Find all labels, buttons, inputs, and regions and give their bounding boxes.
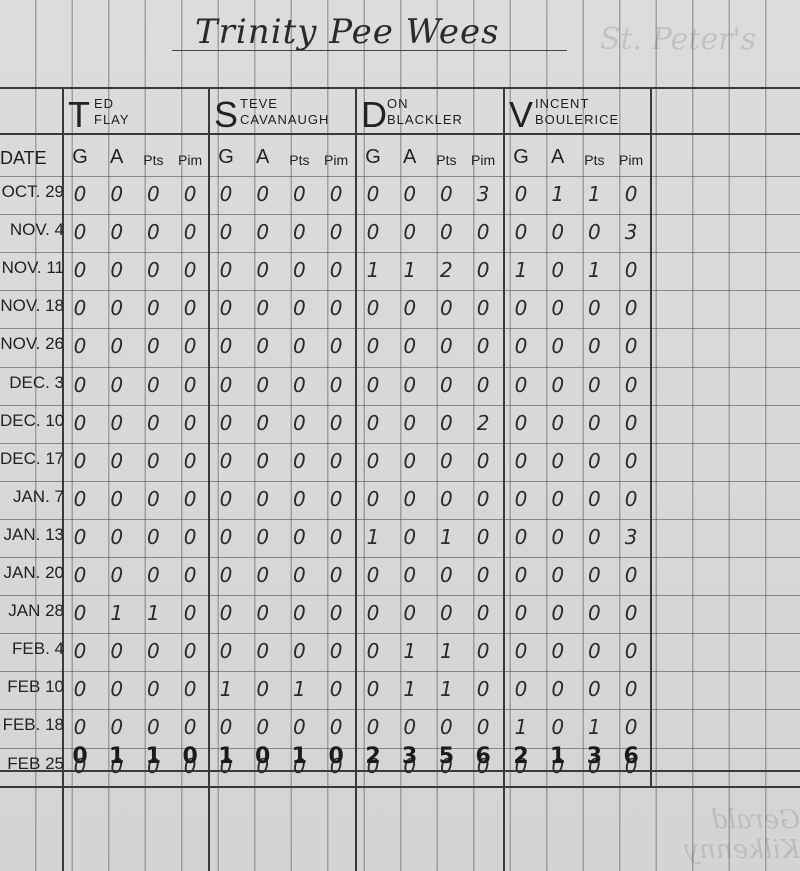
stat-cell: 0 <box>392 563 428 587</box>
stat-cell: 0 <box>62 639 98 663</box>
stat-cell: 0 <box>540 296 576 320</box>
stat-header: Pts <box>281 152 317 168</box>
stat-cell: 0 <box>613 487 649 511</box>
stat-cell: 1 <box>281 677 317 701</box>
column-divider <box>650 88 652 788</box>
game-date: NOV. 4 <box>0 220 64 240</box>
stat-cell: 0 <box>208 334 244 358</box>
stat-cell: 0 <box>172 525 208 549</box>
stat-cell: 0 <box>99 639 135 663</box>
player-first-name: INCENT <box>535 96 589 111</box>
stat-cell: 0 <box>318 677 354 701</box>
stat-cell: 0 <box>355 296 391 320</box>
rule-line <box>0 443 800 444</box>
stat-cell: 0 <box>281 296 317 320</box>
stat-cell: 1 <box>392 677 428 701</box>
rule-line <box>0 328 800 329</box>
stat-cell: 0 <box>613 563 649 587</box>
stat-cell: 0 <box>355 677 391 701</box>
stat-cell: 0 <box>245 487 281 511</box>
stat-cell: 0 <box>465 220 501 244</box>
stat-cell: 0 <box>465 715 501 739</box>
game-date: FEB. 18 <box>0 715 64 735</box>
stat-cell: 0 <box>172 334 208 358</box>
stat-cell: 0 <box>281 258 317 282</box>
stat-cell: 0 <box>208 449 244 473</box>
stat-cell: 0 <box>281 601 317 625</box>
stat-header: Pim <box>613 152 649 168</box>
stat-cell: 0 <box>465 449 501 473</box>
stat-cell: 0 <box>172 182 208 206</box>
stat-cell: 0 <box>503 334 539 358</box>
total-cell: 3 <box>576 744 612 769</box>
stat-cell: 0 <box>355 449 391 473</box>
stat-cell: 0 <box>99 296 135 320</box>
date-header: DATE <box>0 148 47 169</box>
stat-cell: 0 <box>208 373 244 397</box>
total-cell: 1 <box>540 744 576 769</box>
player-last-name: BLACKLER <box>387 112 463 127</box>
stat-cell: 0 <box>99 182 135 206</box>
stat-cell: 0 <box>99 373 135 397</box>
stat-cell: 0 <box>245 258 281 282</box>
stat-cell: 0 <box>613 258 649 282</box>
stat-cell: 0 <box>613 715 649 739</box>
stat-cell: 1 <box>355 258 391 282</box>
game-date: DEC. 3 <box>0 373 64 393</box>
stat-cell: 2 <box>428 258 464 282</box>
total-cell: 0 <box>245 744 281 769</box>
stat-cell: 0 <box>503 411 539 435</box>
stat-cell: 0 <box>428 182 464 206</box>
stat-header: G <box>503 146 539 169</box>
stat-cell: 0 <box>135 373 171 397</box>
stat-cell: 1 <box>355 525 391 549</box>
stat-cell: 0 <box>208 220 244 244</box>
stat-cell: 0 <box>99 487 135 511</box>
game-date: DEC. 10 <box>0 411 64 431</box>
stat-cell: 0 <box>99 220 135 244</box>
stat-cell: 0 <box>135 411 171 435</box>
rule-line <box>0 481 800 482</box>
rule-line <box>0 252 800 253</box>
rule-line <box>0 557 800 558</box>
stat-header: G <box>62 146 98 169</box>
stat-cell: 0 <box>465 373 501 397</box>
stat-cell: 0 <box>172 296 208 320</box>
stat-cell: 0 <box>576 449 612 473</box>
stat-cell: 0 <box>576 296 612 320</box>
stat-cell: 0 <box>503 296 539 320</box>
stat-cell: 0 <box>576 411 612 435</box>
stat-cell: 0 <box>355 334 391 358</box>
stat-cell: 0 <box>245 373 281 397</box>
stat-cell: 0 <box>99 411 135 435</box>
rule-line <box>0 214 800 215</box>
stat-cell: 3 <box>613 220 649 244</box>
stat-cell: 0 <box>465 639 501 663</box>
stat-cell: 0 <box>355 715 391 739</box>
stat-cell: 0 <box>540 373 576 397</box>
stat-cell: 0 <box>428 411 464 435</box>
game-date: JAN. 7 <box>0 487 64 507</box>
rule-line <box>0 671 800 672</box>
stat-cell: 0 <box>540 334 576 358</box>
stat-cell: 1 <box>540 182 576 206</box>
stat-cell: 0 <box>172 639 208 663</box>
stat-cell: 1 <box>576 715 612 739</box>
stat-cell: 1 <box>135 601 171 625</box>
stat-cell: 0 <box>355 220 391 244</box>
stat-cell: 0 <box>318 639 354 663</box>
stat-cell: 3 <box>465 182 501 206</box>
game-date: NOV. 11 <box>0 258 64 278</box>
game-date: JAN 28 <box>0 601 64 621</box>
stat-cell: 0 <box>172 411 208 435</box>
stat-cell: 0 <box>503 373 539 397</box>
stat-cell: 0 <box>281 487 317 511</box>
stat-cell: 0 <box>172 601 208 625</box>
stat-cell: 0 <box>245 449 281 473</box>
total-cell: 1 <box>99 744 135 769</box>
stat-cell: 0 <box>135 296 171 320</box>
stat-cell: 0 <box>540 639 576 663</box>
stat-cell: 0 <box>318 411 354 435</box>
stat-cell: 0 <box>503 182 539 206</box>
stat-cell: 0 <box>318 220 354 244</box>
stat-header: Pim <box>465 152 501 168</box>
game-date: FEB. 4 <box>0 639 64 659</box>
total-cell: 1 <box>135 744 171 769</box>
stat-cell: 0 <box>318 182 354 206</box>
stat-cell: 1 <box>428 677 464 701</box>
stat-cell: 0 <box>576 373 612 397</box>
total-cell: 0 <box>62 744 98 769</box>
stat-cell: 0 <box>540 258 576 282</box>
stat-cell: 0 <box>392 220 428 244</box>
stat-cell: 0 <box>318 563 354 587</box>
stat-cell: 0 <box>576 639 612 663</box>
stat-cell: 0 <box>540 601 576 625</box>
stat-cell: 0 <box>62 296 98 320</box>
stat-cell: 0 <box>99 525 135 549</box>
stat-cell: 0 <box>172 563 208 587</box>
rule-line <box>0 290 800 291</box>
stat-cell: 0 <box>208 296 244 320</box>
stat-cell: 0 <box>318 525 354 549</box>
stat-cell: 0 <box>428 715 464 739</box>
stat-cell: 1 <box>576 258 612 282</box>
stat-cell: 0 <box>62 258 98 282</box>
game-date: FEB 25 <box>0 754 64 774</box>
player-first-name: ON <box>387 96 409 111</box>
stat-header: A <box>245 146 281 169</box>
stat-cell: 0 <box>245 525 281 549</box>
stat-cell: 0 <box>62 411 98 435</box>
stat-cell: 0 <box>318 373 354 397</box>
rule-line <box>0 709 800 710</box>
stat-cell: 0 <box>135 449 171 473</box>
stat-cell: 0 <box>576 677 612 701</box>
stat-header: Pim <box>172 152 208 168</box>
stat-cell: 0 <box>172 258 208 282</box>
stat-cell: 0 <box>99 334 135 358</box>
stat-cell: 0 <box>576 601 612 625</box>
stat-cell: 0 <box>540 563 576 587</box>
stat-cell: 0 <box>355 563 391 587</box>
stat-cell: 1 <box>99 601 135 625</box>
stat-cell: 0 <box>62 563 98 587</box>
stat-cell: 0 <box>208 715 244 739</box>
stat-header: A <box>392 146 428 169</box>
stat-cell: 0 <box>172 487 208 511</box>
stat-cell: 0 <box>172 220 208 244</box>
player-initial: V <box>509 94 533 136</box>
game-date: NOV. 26 <box>0 334 64 354</box>
stat-cell: 0 <box>281 639 317 663</box>
stat-cell: 0 <box>208 563 244 587</box>
stat-cell: 0 <box>318 334 354 358</box>
stat-cell: 0 <box>613 373 649 397</box>
stat-cell: 0 <box>99 677 135 701</box>
stat-cell: 0 <box>208 487 244 511</box>
stat-cell: 0 <box>281 715 317 739</box>
stat-cell: 0 <box>540 449 576 473</box>
stat-cell: 0 <box>245 411 281 435</box>
rule-line <box>0 519 800 520</box>
game-date: FEB 10 <box>0 677 64 697</box>
stat-cell: 0 <box>355 601 391 625</box>
game-date: DEC. 17 <box>0 449 64 469</box>
stat-cell: 0 <box>172 677 208 701</box>
stat-cell: 0 <box>355 373 391 397</box>
stat-cell: 0 <box>503 563 539 587</box>
stat-cell: 0 <box>318 449 354 473</box>
game-date: NOV. 18 <box>0 296 64 316</box>
stat-cell: 1 <box>392 258 428 282</box>
player-initial: D <box>361 94 387 136</box>
rule-line <box>0 786 800 788</box>
stat-header: Pim <box>318 152 354 168</box>
total-cell: 3 <box>392 744 428 769</box>
stat-cell: 0 <box>62 601 98 625</box>
total-cell: 0 <box>318 744 354 769</box>
stat-cell: 0 <box>392 182 428 206</box>
stat-cell: 0 <box>62 525 98 549</box>
stat-cell: 0 <box>281 449 317 473</box>
stat-header: G <box>355 146 391 169</box>
stat-cell: 0 <box>465 563 501 587</box>
stat-cell: 0 <box>245 715 281 739</box>
stat-cell: 0 <box>172 373 208 397</box>
stat-cell: 1 <box>208 677 244 701</box>
stat-cell: 0 <box>281 334 317 358</box>
stat-cell: 0 <box>540 220 576 244</box>
stat-cell: 0 <box>465 601 501 625</box>
stat-cell: 0 <box>503 525 539 549</box>
game-date: JAN. 13 <box>0 525 64 545</box>
stat-cell: 0 <box>613 639 649 663</box>
stat-cell: 0 <box>281 373 317 397</box>
stat-cell: 0 <box>62 334 98 358</box>
stat-cell: 0 <box>503 220 539 244</box>
stat-cell: 0 <box>99 449 135 473</box>
stat-cell: 0 <box>540 487 576 511</box>
stat-cell: 0 <box>355 411 391 435</box>
stat-cell: 0 <box>99 258 135 282</box>
stat-cell: 0 <box>392 373 428 397</box>
stat-cell: 0 <box>135 525 171 549</box>
player-last-name: BOULERICE <box>535 112 619 127</box>
total-cell: 0 <box>172 744 208 769</box>
stat-header: A <box>540 146 576 169</box>
stat-cell: 0 <box>428 449 464 473</box>
stat-header: A <box>99 146 135 169</box>
stat-cell: 0 <box>245 220 281 244</box>
stat-cell: 0 <box>613 334 649 358</box>
player-header: VINCENTBOULERICE <box>503 92 649 132</box>
stat-cell: 0 <box>465 525 501 549</box>
stat-cell: 0 <box>613 449 649 473</box>
stat-cell: 1 <box>392 639 428 663</box>
stat-cell: 0 <box>318 258 354 282</box>
stat-cell: 0 <box>392 296 428 320</box>
stat-cell: 0 <box>428 563 464 587</box>
rule-line <box>0 133 800 135</box>
stat-cell: 0 <box>245 563 281 587</box>
stat-cell: 0 <box>281 411 317 435</box>
player-last-name: FLAY <box>94 112 130 127</box>
stat-cell: 0 <box>465 677 501 701</box>
stat-cell: 0 <box>540 525 576 549</box>
player-last-name: CAVANAUGH <box>240 112 329 127</box>
stat-cell: 0 <box>135 487 171 511</box>
stat-cell: 0 <box>576 334 612 358</box>
stat-cell: 0 <box>503 449 539 473</box>
stat-cell: 0 <box>540 411 576 435</box>
stat-cell: 2 <box>465 411 501 435</box>
stat-cell: 0 <box>503 487 539 511</box>
stat-cell: 0 <box>99 563 135 587</box>
stat-cell: 0 <box>428 373 464 397</box>
stat-cell: 0 <box>392 487 428 511</box>
stat-cell: 0 <box>428 220 464 244</box>
stat-header: Pts <box>428 152 464 168</box>
total-cell: 2 <box>503 744 539 769</box>
stat-cell: 0 <box>208 639 244 663</box>
bleed-through-text-bottom: Gerald Kilkenny <box>600 805 800 865</box>
stat-cell: 1 <box>576 182 612 206</box>
stat-cell: 0 <box>318 715 354 739</box>
stat-cell: 0 <box>172 449 208 473</box>
rule-line <box>0 633 800 634</box>
stat-cell: 0 <box>576 220 612 244</box>
title-underline <box>172 50 567 51</box>
stat-cell: 0 <box>613 296 649 320</box>
player-first-name: TEVE <box>240 96 278 111</box>
stat-cell: 0 <box>245 639 281 663</box>
stat-cell: 0 <box>613 677 649 701</box>
stat-cell: 1 <box>428 525 464 549</box>
stat-cell: 0 <box>208 411 244 435</box>
player-header: DONBLACKLER <box>355 92 501 132</box>
stat-cell: 1 <box>428 639 464 663</box>
bleed-through-text-top: St. Peter's <box>600 22 756 57</box>
stat-cell: 0 <box>281 525 317 549</box>
stat-cell: 0 <box>503 639 539 663</box>
stat-cell: 0 <box>465 334 501 358</box>
stat-cell: 0 <box>281 182 317 206</box>
stat-cell: 0 <box>281 563 317 587</box>
stat-cell: 0 <box>135 715 171 739</box>
stat-cell: 0 <box>392 601 428 625</box>
stat-cell: 0 <box>62 220 98 244</box>
stat-cell: 0 <box>465 487 501 511</box>
stat-cell: 0 <box>135 334 171 358</box>
stat-header: Pts <box>576 152 612 168</box>
stat-cell: 0 <box>135 639 171 663</box>
total-cell: 6 <box>465 744 501 769</box>
stat-cell: 0 <box>62 373 98 397</box>
stat-cell: 0 <box>172 715 208 739</box>
stat-cell: 0 <box>428 334 464 358</box>
stat-cell: 0 <box>392 411 428 435</box>
stat-cell: 0 <box>135 258 171 282</box>
stat-cell: 1 <box>503 715 539 739</box>
stat-cell: 0 <box>392 715 428 739</box>
stat-cell: 0 <box>576 525 612 549</box>
stat-cell: 0 <box>465 258 501 282</box>
total-cell: 2 <box>355 744 391 769</box>
stat-cell: 0 <box>135 220 171 244</box>
total-cell: 1 <box>281 744 317 769</box>
rule-line <box>0 405 800 406</box>
stat-cell: 0 <box>208 258 244 282</box>
total-cell: 1 <box>208 744 244 769</box>
stat-cell: 0 <box>318 601 354 625</box>
stat-cell: 0 <box>392 449 428 473</box>
stat-cell: 0 <box>208 601 244 625</box>
page-title: Trinity Pee Wees <box>195 12 500 52</box>
rule-line <box>0 87 800 89</box>
stat-cell: 0 <box>392 334 428 358</box>
stat-cell: 0 <box>62 715 98 739</box>
stat-cell: 0 <box>503 677 539 701</box>
player-first-name: ED <box>94 96 114 111</box>
player-header: TEDFLAY <box>62 92 208 132</box>
stat-cell: 1 <box>503 258 539 282</box>
rule-line <box>0 367 800 368</box>
stat-cell: 0 <box>355 182 391 206</box>
stat-cell: 0 <box>208 525 244 549</box>
stat-cell: 0 <box>245 296 281 320</box>
stat-cell: 0 <box>428 487 464 511</box>
stat-cell: 0 <box>576 487 612 511</box>
stat-cell: 0 <box>99 715 135 739</box>
game-date: JAN. 20 <box>0 563 64 583</box>
player-header: STEVECAVANAUGH <box>208 92 354 132</box>
total-cell: 6 <box>613 744 649 769</box>
stat-cell: 0 <box>540 715 576 739</box>
stat-cell: 0 <box>62 449 98 473</box>
stat-cell: 0 <box>62 182 98 206</box>
stat-cell: 0 <box>428 601 464 625</box>
stat-cell: 0 <box>62 677 98 701</box>
stat-cell: 0 <box>428 296 464 320</box>
stat-cell: 0 <box>576 563 612 587</box>
stat-cell: 0 <box>613 601 649 625</box>
stat-cell: 0 <box>245 182 281 206</box>
